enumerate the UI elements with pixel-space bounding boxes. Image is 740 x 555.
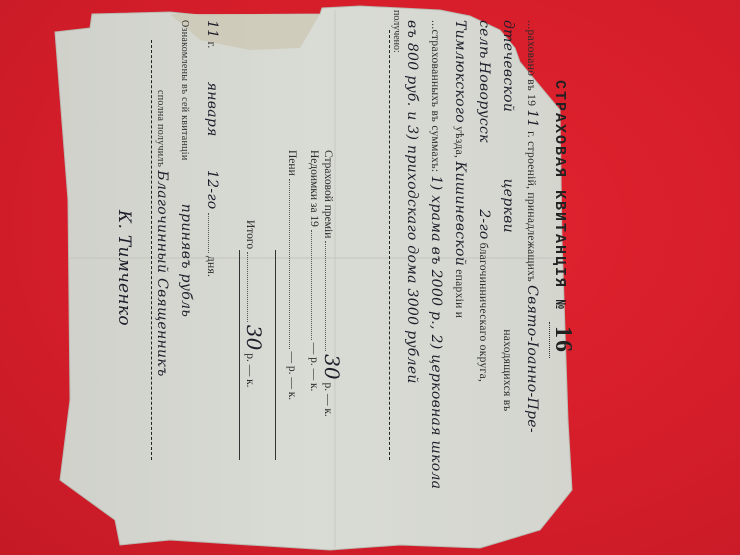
handwritten-text: Свято-Іоанно-Пре-	[524, 285, 540, 433]
printed-text: ...раховано въ 19	[525, 20, 537, 106]
handwritten-text: Благочинный Священникъ	[154, 170, 170, 376]
handwritten-text: дтечевской	[500, 20, 516, 112]
unit-r: р.	[244, 353, 256, 362]
charge-rub: 30	[320, 354, 344, 379]
unit-k: к.	[244, 379, 256, 387]
charge-kop: —	[308, 369, 320, 381]
line-5: ...страхованныхъ въ суммахъ: 1) храма въ…	[428, 20, 444, 489]
handwritten-text: Тимлюкского	[452, 20, 468, 123]
printed-text: ...страхованныхъ въ суммахъ:	[429, 20, 441, 172]
handwritten-text: селѣ	[476, 20, 492, 59]
charge-penalty: Пени — р. — к.	[286, 150, 298, 400]
fill-line	[389, 30, 390, 460]
signature: К. Тимченко	[114, 210, 134, 326]
printed-text: благочинническаго округа,	[477, 243, 489, 382]
handwritten-year: 11	[524, 109, 540, 127]
side-label: получено:	[391, 10, 402, 53]
handwritten-text: Кишиневской	[452, 161, 468, 266]
receipt-title: СТРАХОВАЯ КВИТАНЦІЯ № 16	[549, 80, 576, 358]
line-3: селѣ Новорусск 2-го благочинническаго ок…	[476, 20, 492, 382]
charge-rub: —	[286, 351, 298, 363]
ack-line-2: сполна получилъ Благочинный Священникъ	[154, 20, 170, 377]
printed-text: дня.	[205, 256, 217, 277]
printed-text: сполна получилъ	[155, 90, 166, 167]
total-rub: 30	[242, 325, 266, 350]
handwritten-text: церкви	[500, 179, 516, 233]
charge-rub: —	[308, 343, 320, 355]
total-kop: —	[244, 365, 256, 377]
receipt-number: 16	[549, 322, 576, 358]
total-row: Итого 30 р. — к.	[242, 220, 266, 388]
charge-kop: —	[286, 377, 298, 389]
printed-text: уѣзда,	[453, 126, 465, 158]
handwritten-text: 2-го	[476, 209, 492, 239]
ack-line	[151, 40, 152, 460]
printed-text: Ознакомлены въ сей квитанціи	[179, 20, 190, 161]
document-content: СТРАХОВАЯ КВИТАНЦІЯ № 16 ...раховано въ …	[80, 20, 580, 540]
handwritten-text: Новорусск	[476, 62, 492, 143]
charge-label: Пени	[286, 150, 298, 176]
charge-premium: Страховой преміи 30 р. — к.	[320, 150, 344, 417]
charge-label: Страховой преміи	[322, 150, 334, 238]
printed-text: находящихся въ	[501, 329, 513, 411]
ack-line-1: Ознакомлены въ сей квитанціи принявъ руб…	[178, 20, 194, 317]
printed-text: г. строеній, принадлежащихъ	[525, 131, 537, 282]
handwritten-day: 11	[204, 20, 220, 38]
line-6: въ 800 руб. и 3) приходскаго дома 3000 р…	[404, 20, 420, 384]
printed-text: г.	[205, 42, 217, 49]
printed-text: епархіи и	[453, 269, 465, 318]
total-label: Итого	[244, 220, 256, 249]
total-underline	[239, 250, 240, 460]
charge-arrears: Недоимки за 19 — р. — к.	[308, 150, 320, 391]
line-2: дтечевской церкви находящихся въ	[500, 20, 516, 411]
title-text: СТРАХОВАЯ КВИТАНЦІЯ №	[551, 80, 568, 311]
total-rule	[275, 250, 276, 460]
handwritten-text: 1) храма въ 2000 р., 2) церковная школа	[428, 176, 444, 490]
date-line: 11 г. января 12-го дня.	[204, 20, 220, 277]
charge-kop: —	[322, 394, 334, 406]
handwritten-text: 12-го	[204, 170, 220, 210]
line-4: Тимлюкского уѣзда, Кишиневской епархіи и	[452, 20, 468, 318]
line-1: ...раховано въ 19 11 г. строеній, принад…	[524, 20, 540, 433]
handwritten-month: января	[204, 82, 220, 137]
handwritten-text: въ 800 руб. и 3) приходскаго дома 3000 р…	[404, 20, 420, 384]
handwritten-text: принявъ рубль	[178, 204, 194, 317]
charge-label: Недоимки за 19	[308, 150, 320, 227]
